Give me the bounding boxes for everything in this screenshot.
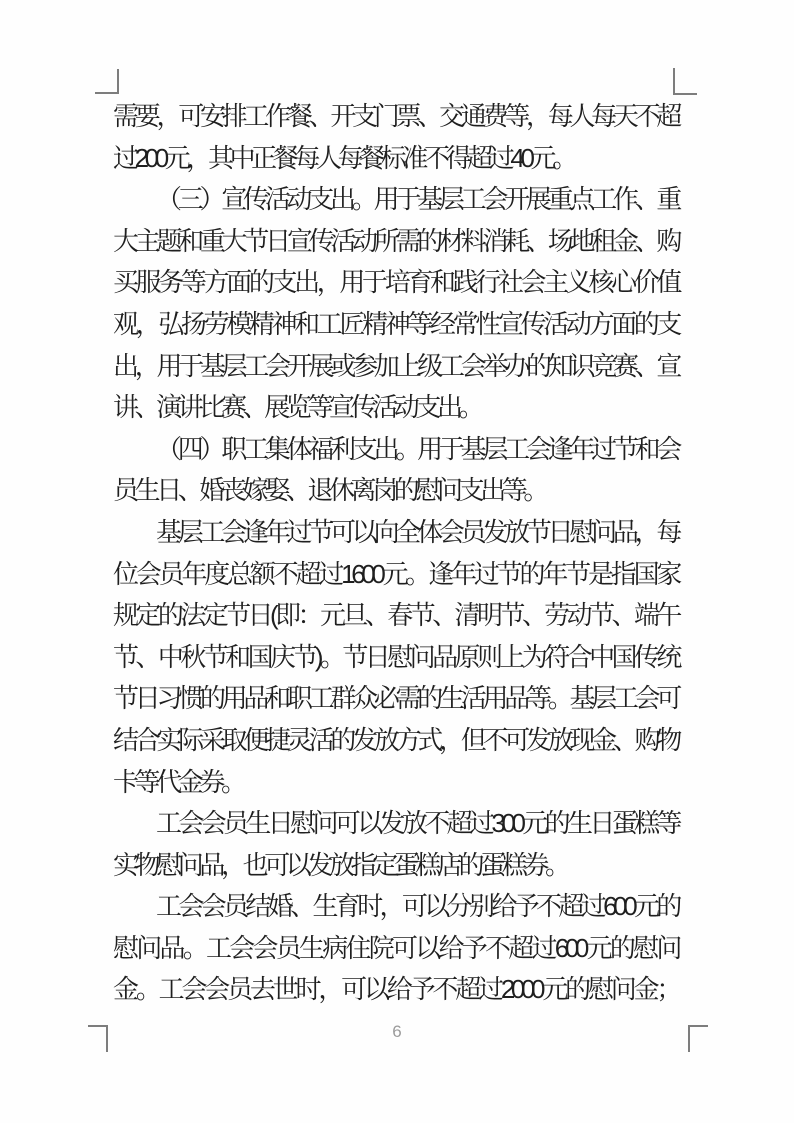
crop-mark-top-left: [95, 69, 119, 94]
paragraph-first-line: 基层工会逢年过节可以向全体会员发放节日慰问品，每: [113, 512, 678, 554]
paragraph-first-line: 工会会员结婚、生育时，可以分别给予不超过600元的: [113, 886, 678, 928]
text-line: 慰问品。工会会员生病住院可以给予不超过600元的慰问: [113, 928, 678, 970]
paragraph-first-line: 工会会员生日慰问可以发放不超过300元的生日蛋糕等: [113, 803, 678, 845]
text-line: 结合实际采取便捷灵活的发放方式，但不可发放现金、购物: [113, 720, 678, 762]
text-line: 节、中秋节和国庆节)。节日慰问品原则上为符合中国传统: [113, 637, 678, 679]
text-line: 过200元，其中正餐每人每餐标准不得超过40元。: [113, 138, 678, 180]
text-line: 规定的法定节日(即：元旦、春节、清明节、劳动节、端午: [113, 595, 678, 637]
text-line: 需要，可安排工作餐、开支门票、交通费等，每人每天不超: [113, 96, 678, 138]
crop-mark-top-right: [673, 68, 697, 95]
text-line: 出，用于基层工会开展或参加上级工会举办的知识竞赛、宣: [113, 346, 678, 388]
text-line: 员生日、婚丧嫁娶、退休离岗的慰问支出等。: [113, 470, 678, 512]
page-number: 6: [0, 1022, 794, 1042]
text-line: 金。工会会员去世时，可以给予不超过2000元的慰问金；: [113, 969, 678, 1011]
document-body: 需要，可安排工作餐、开支门票、交通费等，每人每天不超 过200元，其中正餐每人每…: [113, 96, 678, 1011]
text-line: 买服务等方面的支出，用于培育和践行社会主义核心价值: [113, 262, 678, 304]
text-line: 大主题和重大节日宣传活动所需的材料消耗、场地租金、购: [113, 221, 678, 263]
text-line: 节日习惯的用品和职工群众必需的生活用品等。基层工会可: [113, 678, 678, 720]
text-line: 卡等代金券。: [113, 762, 678, 804]
text-line: 实物慰问品，也可以发放指定蛋糕店的蛋糕券。: [113, 845, 678, 887]
text-line: 观，弘扬劳模精神和工匠精神等经常性宣传活动方面的支: [113, 304, 678, 346]
paragraph-first-line: （四）职工集体福利支出。用于基层工会逢年过节和会: [113, 429, 678, 471]
text-line: 位会员年度总额不超过1600元。逢年过节的年节是指国家: [113, 554, 678, 596]
paragraph-first-line: （三）宣传活动支出。用于基层工会开展重点工作、重: [113, 179, 678, 221]
text-line: 讲、演讲比赛、展览等宣传活动支出。: [113, 387, 678, 429]
